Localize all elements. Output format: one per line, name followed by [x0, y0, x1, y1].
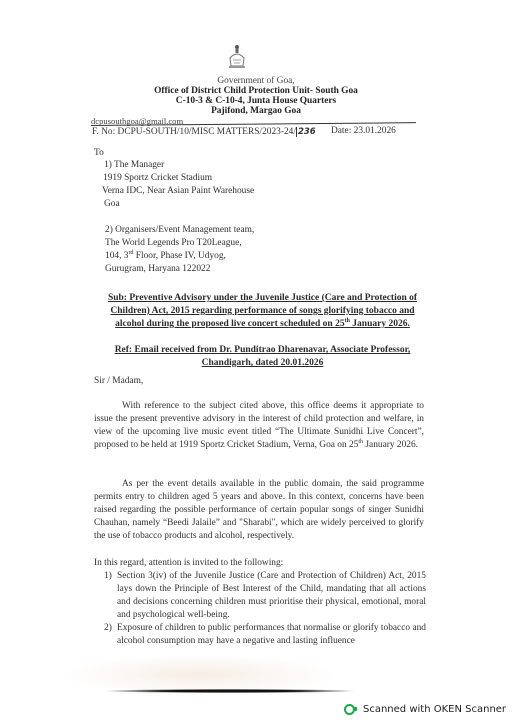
state-emblem-icon: [226, 44, 248, 70]
office-address-line1: C-10-3 & C-10-4, Junta House Quarters: [0, 96, 512, 106]
paragraph-2: As per the event details available in th…: [94, 478, 424, 543]
scanned-letter-page: Government of Goa, Office of District Ch…: [0, 0, 512, 725]
subject-block: Sub: Preventive Advisory under the Juven…: [90, 292, 435, 331]
list-item-1-number: 1): [104, 570, 112, 583]
file-number-label: F. No: DCPU-SOUTH/10/MISC MATTERS/2023-2…: [92, 127, 296, 137]
list-item-2-number: 2): [104, 622, 112, 635]
office-address-line2: Pajifond, Margao Goa: [0, 106, 512, 116]
letter-date: Date: 23.01.2026: [331, 126, 396, 136]
subject-line2: Children) Act, 2015 regarding performanc…: [90, 305, 435, 318]
list-item-2: 2) Exposure of children to public perfor…: [104, 622, 426, 648]
file-number: F. No: DCPU-SOUTH/10/MISC MATTERS/2023-2…: [92, 127, 316, 137]
recipient2-line3: 104, 3rd Floor, Phase IV, Udyog,: [105, 250, 226, 263]
reference-block: Ref: Email received from Dr. Punditrao D…: [90, 344, 435, 370]
recipient1-line2: 1919 Sportz Cricket Stadium: [103, 172, 212, 185]
to-label: To: [94, 147, 104, 160]
oken-scanner-logo-icon: [344, 704, 355, 715]
scanner-watermark: Scanned with OKEN Scanner: [344, 704, 506, 715]
recipient2-line4: Gurugram, Haryana 122022: [105, 263, 210, 276]
reference-line2: Chandigarh, dated 20.01.2026: [90, 357, 435, 370]
subject-line3: alcohol during the proposed live concert…: [90, 318, 435, 331]
office-name: Office of District Child Protection Unit…: [0, 86, 512, 96]
recipient1-line4: Goa: [104, 198, 120, 211]
page-edge-curl: [105, 689, 355, 693]
scanner-watermark-text: Scanned with OKEN Scanner: [363, 704, 506, 715]
recipient2-line1: 2) Organisers/Event Management team,: [105, 224, 254, 237]
list-item-1-text: Section 3(iv) of the Juvenile Justice (C…: [117, 570, 426, 622]
salutation: Sir / Madam,: [94, 375, 143, 388]
reference-line1: Ref: Email received from Dr. Punditrao D…: [90, 344, 435, 357]
file-number-handwritten: 236: [296, 127, 316, 137]
list-item-1: 1) Section 3(iv) of the Juvenile Justice…: [104, 570, 426, 622]
recipient1-line3: Verna IDC, Near Asian Paint Warehouse: [102, 185, 254, 198]
paragraph-1: With reference to the subject cited abov…: [94, 400, 424, 452]
recipient2-line2: The World Legends Pro T20League,: [105, 237, 242, 250]
subject-line1: Sub: Preventive Advisory under the Juven…: [90, 292, 435, 305]
government-heading: Government of Goa,: [0, 76, 512, 86]
paragraph-3: In this regard, attention is invited to …: [94, 557, 283, 570]
list-item-2-text: Exposure of children to public performan…: [117, 622, 426, 648]
recipient1-line1: 1) The Manager: [104, 159, 164, 172]
